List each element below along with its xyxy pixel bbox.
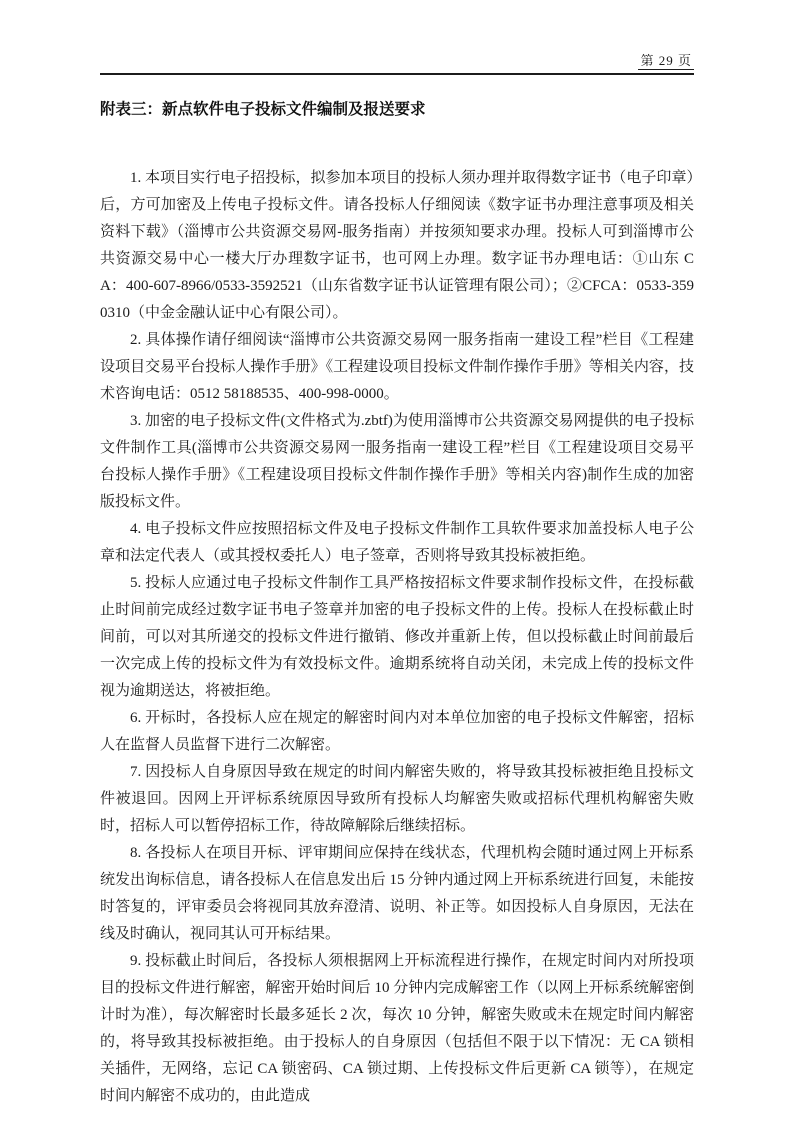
paragraph-4: 4. 电子投标文件应按照招标文件及电子投标文件制作工具软件要求加盖投标人电子公章… <box>100 516 694 570</box>
paragraph-6: 6. 开标时，各投标人应在规定的解密时间内对本单位加密的电子投标文件解密，招标人… <box>100 705 694 759</box>
paragraph-7: 7. 因投标人自身原因导致在规定的时间内解密失败的，将导致其投标被拒绝且投标文件… <box>100 759 694 840</box>
page-header: 第 29 页 <box>100 52 694 75</box>
page-number: 第 29 页 <box>638 53 694 70</box>
document-body: 1. 本项目实行电子招投标，拟参加本项目的投标人须办理并取得数字证书（电子印章）… <box>100 165 694 1110</box>
paragraph-8: 8. 各投标人在项目开标、评审期间应保持在线状态，代理机构会随时通过网上开标系统… <box>100 840 694 948</box>
paragraph-1: 1. 本项目实行电子招投标，拟参加本项目的投标人须办理并取得数字证书（电子印章）… <box>100 165 694 327</box>
paragraph-3: 3. 加密的电子投标文件(文件格式为.zbtf)为使用淄博市公共资源交易网提供的… <box>100 408 694 516</box>
page-title: 附表三：新点软件电子投标文件编制及报送要求 <box>100 99 694 121</box>
paragraph-9: 9. 投标截止时间后，各投标人须根据网上开标流程进行操作，在规定时间内对所投项目… <box>100 948 694 1110</box>
paragraph-5: 5. 投标人应通过电子投标文件制作工具严格按招标文件要求制作投标文件，在投标截止… <box>100 570 694 705</box>
document-page: 第 29 页 附表三：新点软件电子投标文件编制及报送要求 1. 本项目实行电子招… <box>0 0 793 1122</box>
paragraph-2: 2. 具体操作请仔细阅读“淄博市公共资源交易网一服务指南一建设工程”栏目《工程建… <box>100 327 694 408</box>
